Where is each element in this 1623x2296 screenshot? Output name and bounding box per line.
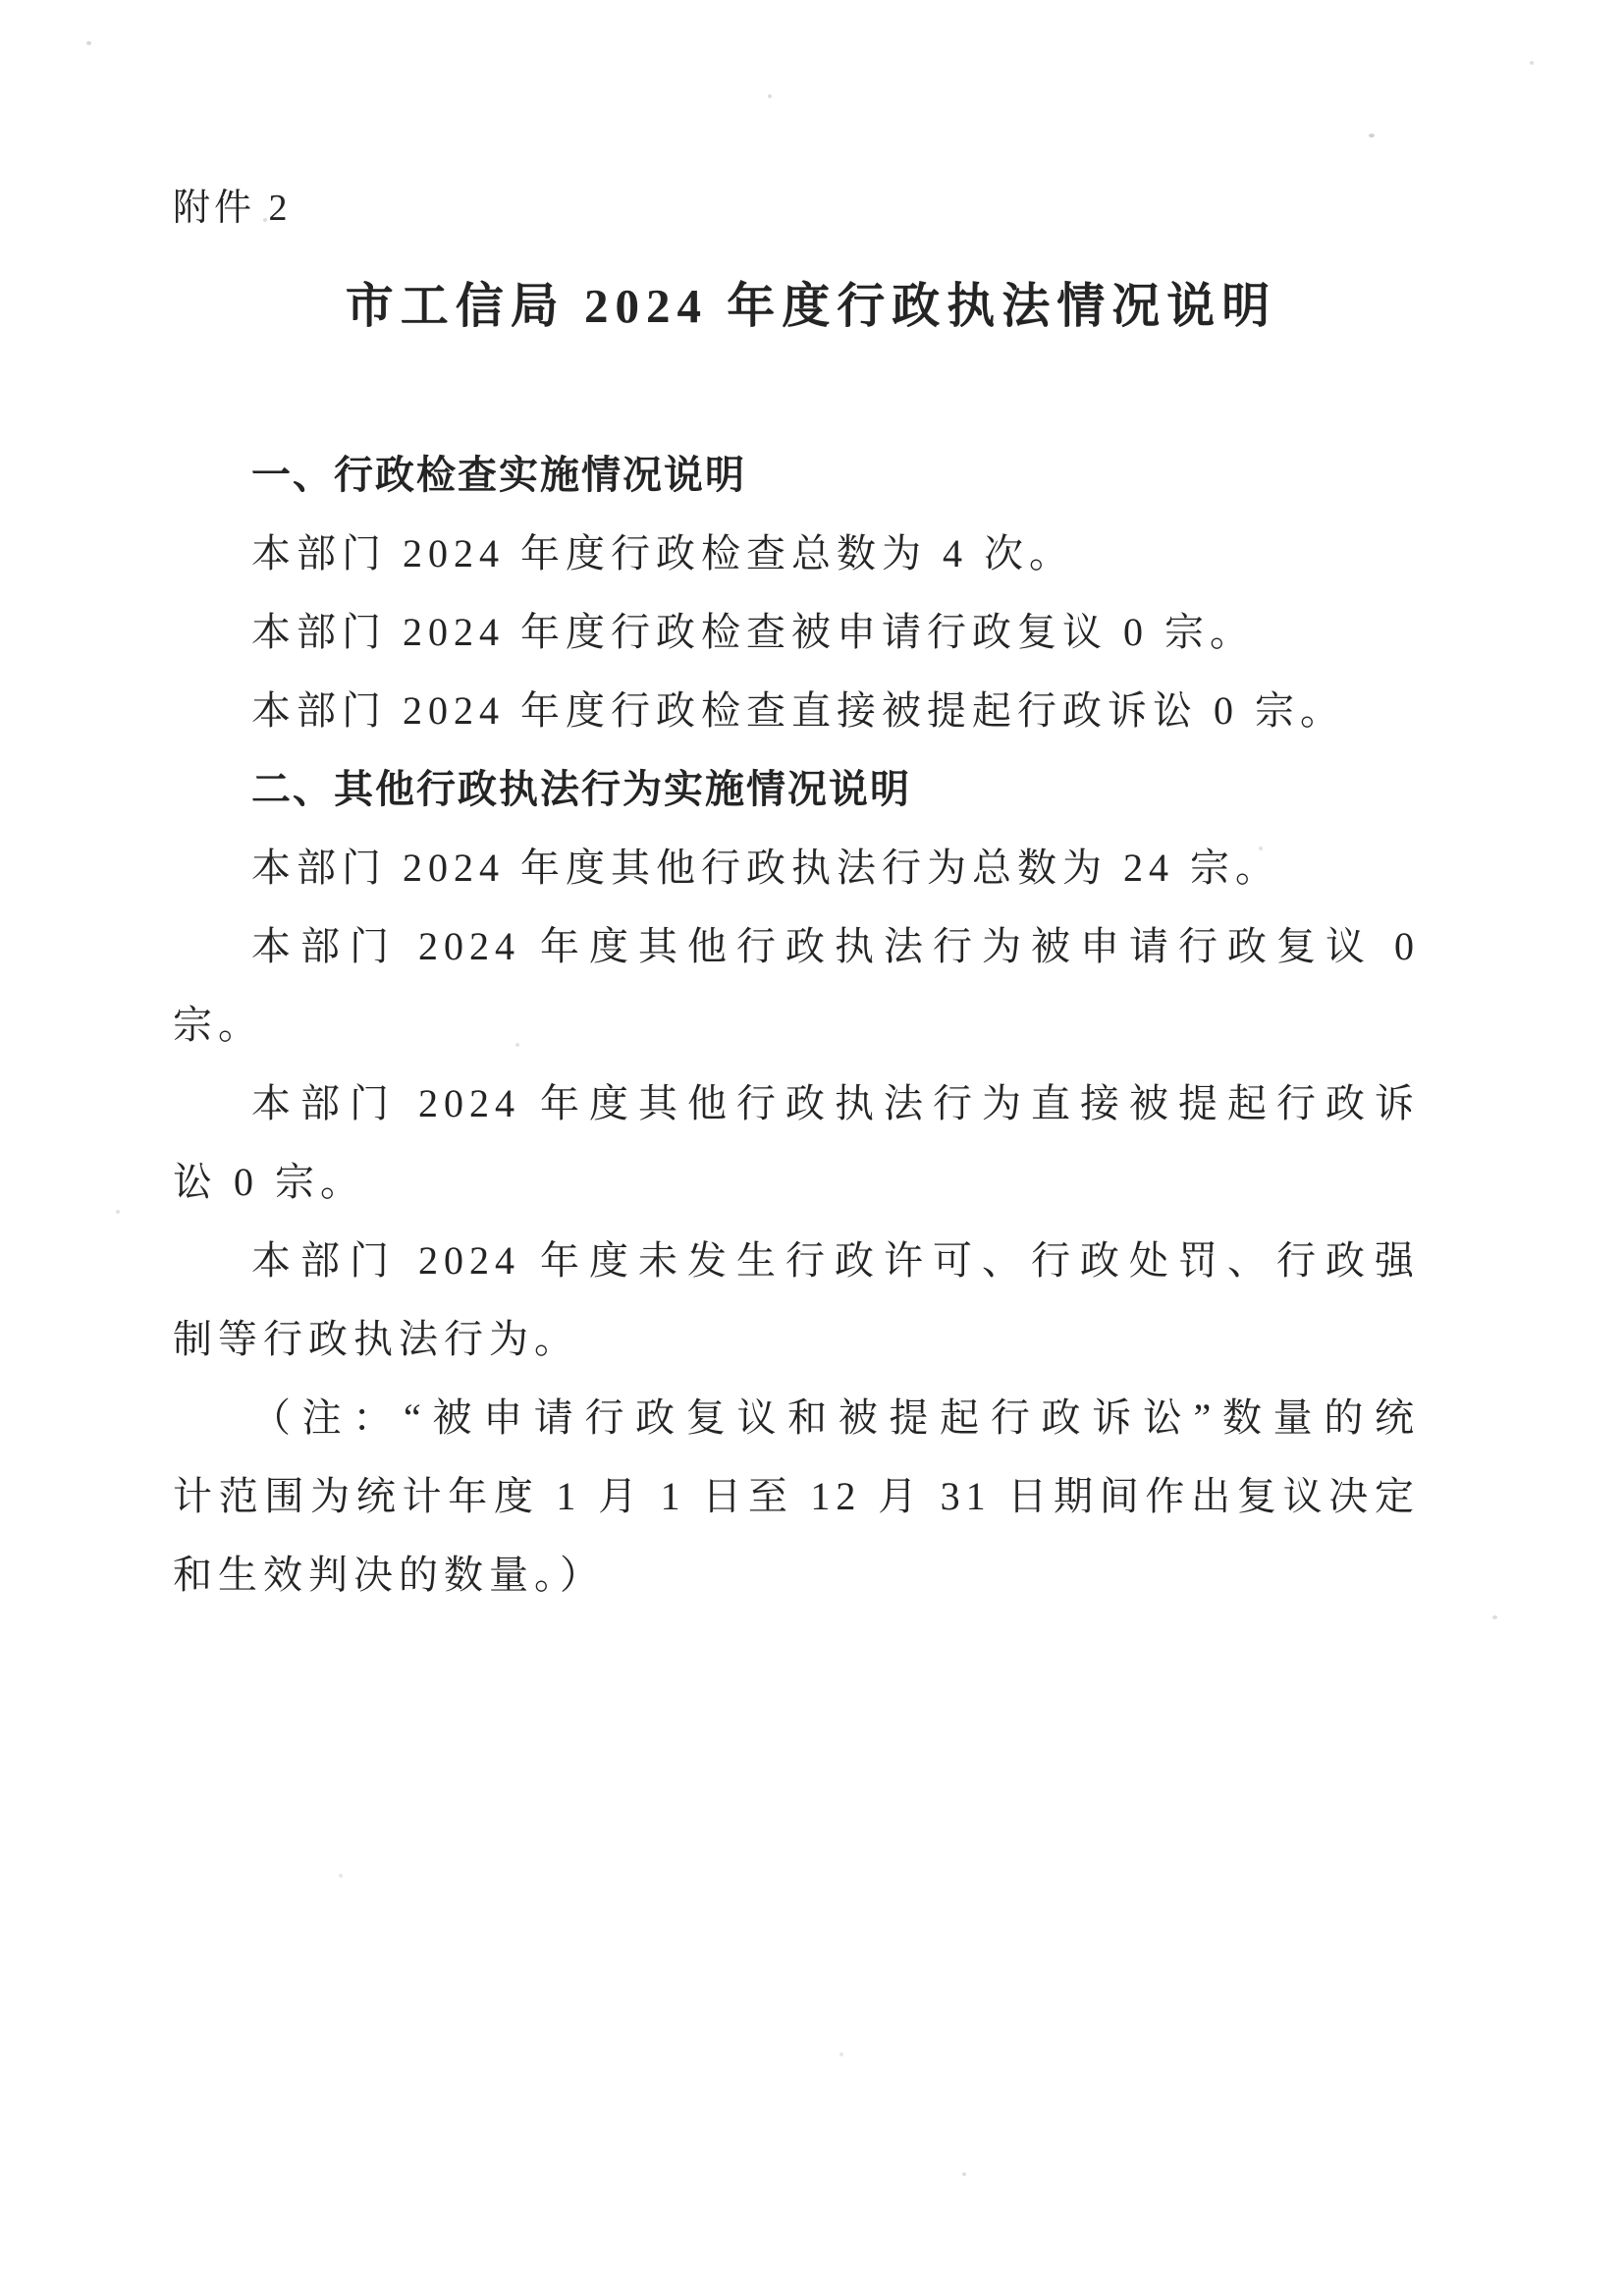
scanned-document-page: 附件 2 市工信局 2024 年度行政执法情况说明 一、行政检查实施情况说明 本… (0, 0, 1623, 2296)
scan-speck (839, 2052, 843, 2056)
section-2-heading: 二、其他行政执法行为实施情况说明 (173, 750, 1420, 829)
paragraph: 本部门 2024 年度其他行政执法行为直接被提起行政诉 讼 0 宗。 (173, 1065, 1420, 1222)
scan-speck (86, 41, 91, 45)
document-content: 附件 2 市工信局 2024 年度行政执法情况说明 一、行政检查实施情况说明 本… (173, 0, 1420, 1614)
paragraph-line: 本部门 2024 年度行政检查被申请行政复议 0 宗。 (173, 593, 1420, 672)
attachment-label: 附件 2 (173, 185, 1420, 232)
scan-speck (962, 2172, 966, 2176)
paragraph-line: 本部门 2024 年度未发生行政许可、行政处罚、行政强 (173, 1222, 1420, 1300)
paragraph: 本部门 2024 年度其他行政执法行为被申请行政复议 0 宗。 (173, 907, 1420, 1065)
note-paragraph: （注：“被申请行政复议和被提起行政诉讼”数量的统 计范围为统计年度 1 月 1 … (173, 1379, 1420, 1614)
scan-speck (339, 1874, 343, 1878)
paragraph: 本部门 2024 年度行政检查总数为 4 次。 (173, 515, 1420, 593)
section-1-heading: 一、行政检查实施情况说明 (173, 436, 1420, 515)
paragraph-line: 宗。 (173, 986, 1420, 1065)
paragraph-line: 本部门 2024 年度其他行政执法行为直接被提起行政诉 (173, 1065, 1420, 1143)
paragraph: 本部门 2024 年度行政检查直接被提起行政诉讼 0 宗。 (173, 672, 1420, 750)
paragraph-line: 本部门 2024 年度其他行政执法行为总数为 24 宗。 (173, 829, 1420, 907)
paragraph: 本部门 2024 年度行政检查被申请行政复议 0 宗。 (173, 593, 1420, 672)
scan-speck (116, 1210, 120, 1214)
paragraph-line: 讼 0 宗。 (173, 1143, 1420, 1222)
document-title: 市工信局 2024 年度行政执法情况说明 (173, 273, 1420, 340)
paragraph: 本部门 2024 年度其他行政执法行为总数为 24 宗。 (173, 829, 1420, 907)
note-line: （注：“被申请行政复议和被提起行政诉讼”数量的统 (173, 1379, 1420, 1457)
note-line: 计范围为统计年度 1 月 1 日至 12 月 31 日期间作出复议决定 (173, 1457, 1420, 1536)
scan-speck (1530, 61, 1534, 65)
note-line: 和生效判决的数量。） (173, 1536, 1420, 1614)
scan-speck (1492, 1615, 1497, 1619)
paragraph-line: 本部门 2024 年度行政检查总数为 4 次。 (173, 515, 1420, 593)
document-body: 一、行政检查实施情况说明 本部门 2024 年度行政检查总数为 4 次。 本部门… (173, 436, 1420, 1614)
paragraph-line: 制等行政执法行为。 (173, 1300, 1420, 1379)
paragraph-line: 本部门 2024 年度其他行政执法行为被申请行政复议 0 (173, 907, 1420, 986)
paragraph: 本部门 2024 年度未发生行政许可、行政处罚、行政强 制等行政执法行为。 (173, 1222, 1420, 1379)
paragraph-line: 本部门 2024 年度行政检查直接被提起行政诉讼 0 宗。 (173, 672, 1420, 750)
